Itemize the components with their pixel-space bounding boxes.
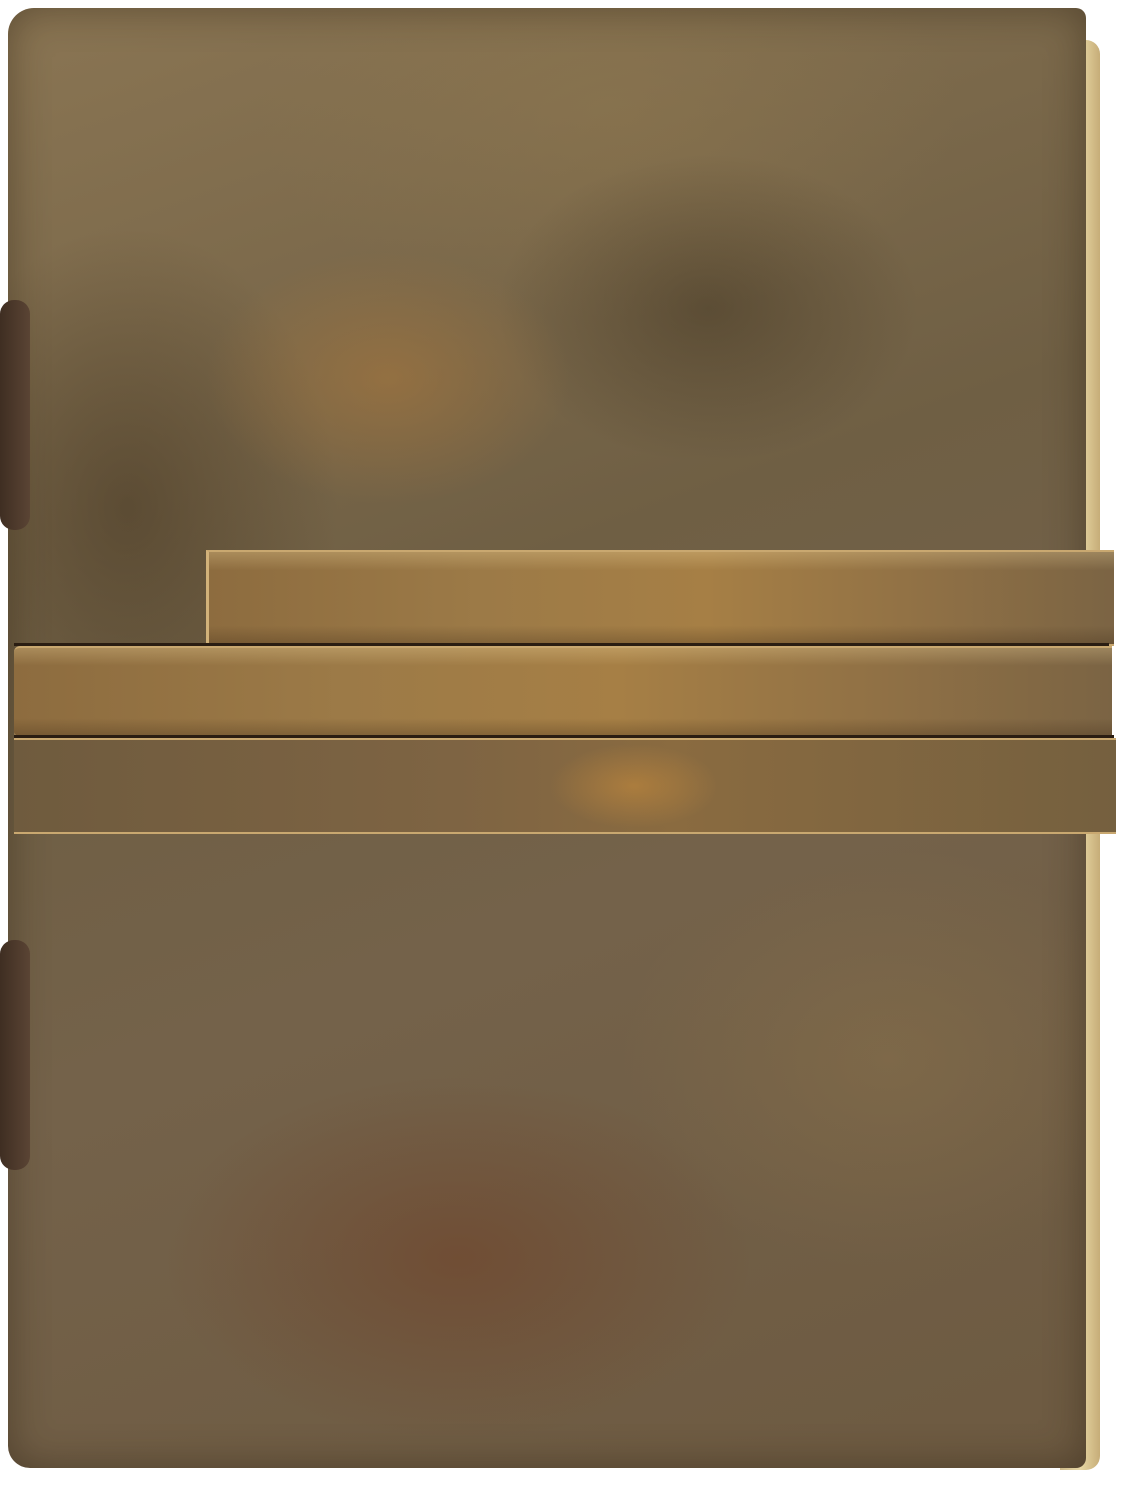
spine-tie-lower (0, 940, 30, 1170)
strap-bottom-layer (14, 738, 1116, 834)
image-caption: Leather journal with wrap-around leather… (0, 0, 1, 1)
strap-middle-layer (14, 646, 1112, 738)
product-photo: Leather journal with wrap-around leather… (0, 0, 1126, 1500)
strap-top-layer (206, 550, 1114, 646)
spine-tie-upper (0, 300, 30, 530)
